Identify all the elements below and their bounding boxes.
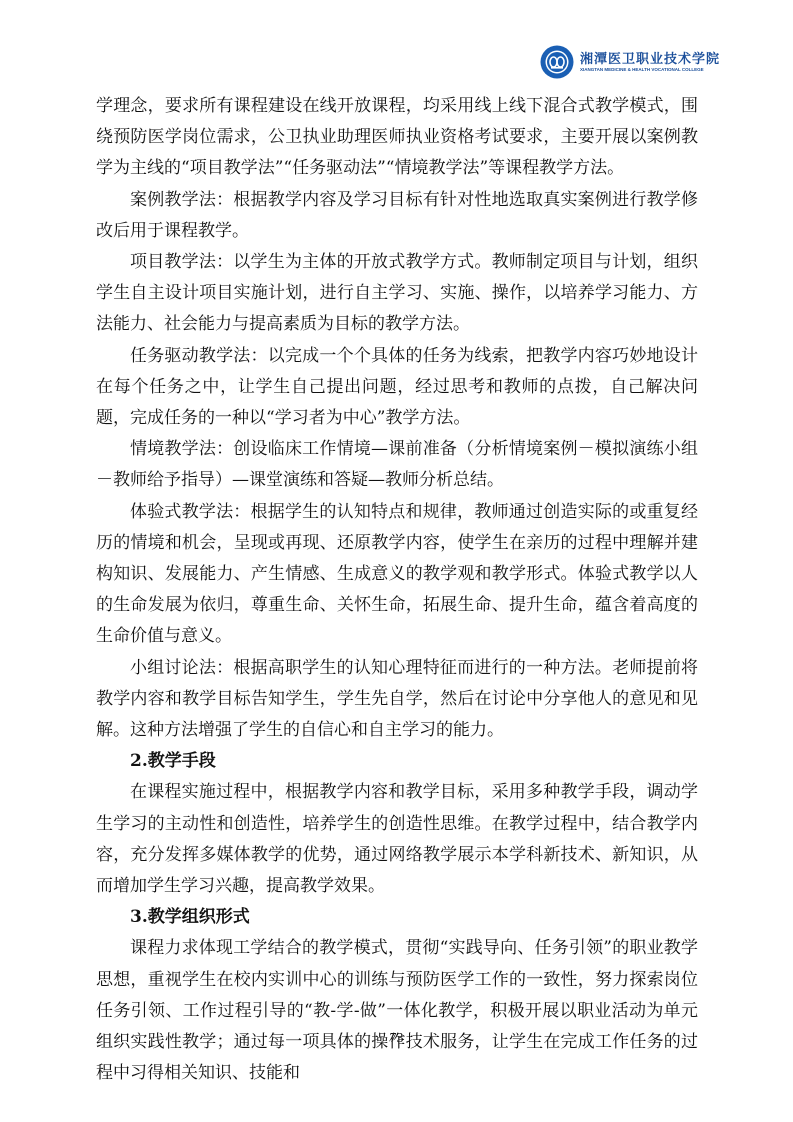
section-heading-teaching-means: 2.教学手段 bbox=[96, 746, 698, 777]
page-number: 73 bbox=[0, 1031, 793, 1047]
paragraph-group-discussion: 小组讨论法：根据高职学生的认知心理特征而进行的一种方法。老师提前将教学内容和教学… bbox=[96, 653, 698, 747]
logo-chinese-name: 湘潭医卫职业技术学院 bbox=[580, 52, 720, 67]
college-logo: 湘潭医卫职业技术学院 XIANGTAN MEDICINE & HEALTH VO… bbox=[540, 42, 690, 82]
college-emblem-icon bbox=[540, 45, 574, 79]
document-page: 湘潭医卫职业技术学院 XIANGTAN MEDICINE & HEALTH VO… bbox=[0, 0, 793, 1122]
paragraph-experiential: 体验式教学法：根据学生的认知特点和规律，教师通过创造实际的或重复经历的情境和机会… bbox=[96, 497, 698, 653]
paragraph-case-teaching: 案例教学法：根据教学内容及学习目标有针对性地选取真实案例进行教学修改后用于课程教… bbox=[96, 185, 698, 247]
paragraph-teaching-means: 在课程实施过程中，根据教学内容和教学目标，采用多种教学手段，调动学生学习的主动性… bbox=[96, 777, 698, 902]
paragraph-continuation: 学理念，要求所有课程建设在线开放课程，均采用线上线下混合式教学模式，围绕预防医学… bbox=[96, 91, 698, 185]
paragraph-task-driven: 任务驱动教学法：以完成一个个具体的任务为线索，把教学内容巧妙地设计在每个任务之中… bbox=[96, 341, 698, 435]
section-heading-organization-form: 3.教学组织形式 bbox=[96, 902, 698, 933]
paragraph-project-teaching: 项目教学法：以学生为主体的开放式教学方式。教师制定项目与计划，组织学生自主设计项… bbox=[96, 247, 698, 341]
paragraph-organization-form: 课程力求体现工学结合的教学模式，贯彻“实践导向、任务引领”的职业教学思想，重视学… bbox=[96, 933, 698, 1089]
document-body: 学理念，要求所有课程建设在线开放课程，均采用线上线下混合式教学模式，围绕预防医学… bbox=[96, 91, 698, 1090]
paragraph-situational: 情境教学法：创设临床工作情境—课前准备（分析情境案例－模拟演练小组－教师给予指导… bbox=[96, 434, 698, 496]
logo-english-name: XIANGTAN MEDICINE & HEALTH VOCATIONAL CO… bbox=[580, 67, 720, 73]
